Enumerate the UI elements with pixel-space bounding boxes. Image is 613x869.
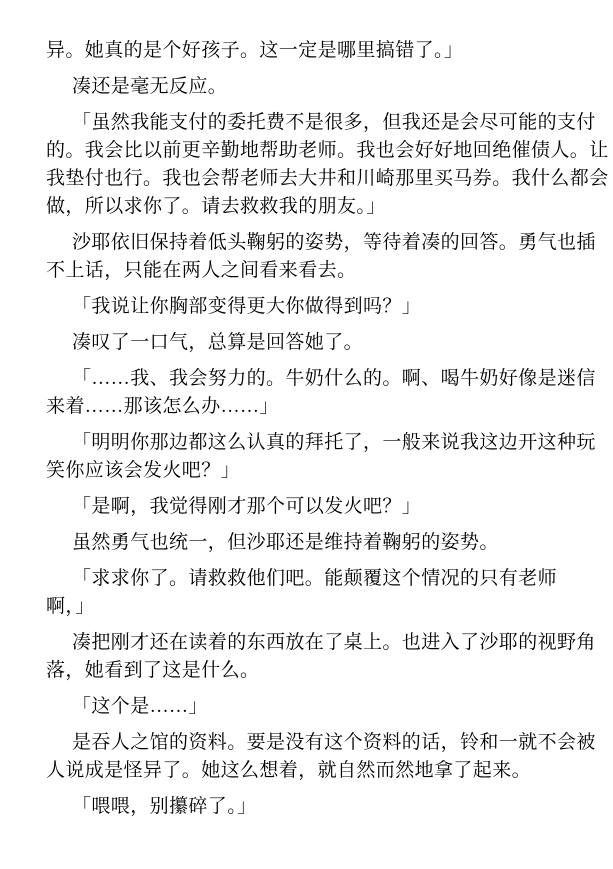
text-line: 虽然勇气也统一，但沙耶还是维持着鞠躬的姿势。	[46, 529, 571, 557]
text-line: 是吞人之馆的资料。要是没有这个资料的话，铃和一就不会被	[46, 729, 571, 757]
text-line: 的。我会比以前更辛勤地帮助老师。我也会好好地回绝催债人。让	[46, 137, 571, 165]
paragraph: 凑把刚才还在读着的东西放在了桌上。也进入了沙耶的视野角落，她看到了这是什么。	[46, 629, 571, 685]
paragraph: 凑叹了一口气，总算是回答她了。	[46, 329, 571, 357]
paragraph: 「是啊，我觉得刚才那个可以发火吧？」	[46, 493, 571, 521]
text-line: 人说成是怪异了。她这么想着，就自然而然地拿了起来。	[46, 757, 571, 785]
text-line: 「是啊，我觉得刚才那个可以发火吧？」	[46, 493, 571, 521]
novel-page: 异。她真的是个好孩子。这一定是哪里搞错了。」凑还是毫无反应。「虽然我能支付的委托…	[0, 0, 613, 869]
text-line: 异。她真的是个好孩子。这一定是哪里搞错了。」	[46, 37, 571, 65]
paragraph: 「我说让你胸部变得更大你做得到吗？」	[46, 293, 571, 321]
text-line: 我垫付也行。我也会帮老师去大井和川崎那里买马券。我什么都会	[46, 165, 571, 193]
text-line: 「喂喂，别攥碎了。」	[46, 793, 571, 821]
text-line: 做，所以求你了。请去救救我的朋友。」	[46, 193, 571, 221]
text-line: 「虽然我能支付的委托费不是很多，但我还是会尽可能的支付	[46, 109, 571, 137]
paragraph: 「喂喂，别攥碎了。」	[46, 793, 571, 821]
text-line: 凑把刚才还在读着的东西放在了桌上。也进入了沙耶的视野角	[46, 629, 571, 657]
text-line: 啊，」	[46, 593, 571, 621]
text-line: 凑还是毫无反应。	[46, 73, 571, 101]
text-body: 异。她真的是个好孩子。这一定是哪里搞错了。」凑还是毫无反应。「虽然我能支付的委托…	[46, 37, 571, 821]
text-line: 凑叹了一口气，总算是回答她了。	[46, 329, 571, 357]
paragraph: 「求求你了。请救救他们吧。能颠覆这个情况的只有老师啊，」	[46, 565, 571, 621]
text-line: 不上话，只能在两人之间看来看去。	[46, 257, 571, 285]
text-line: 「……我、我会努力的。牛奶什么的。啊、喝牛奶好像是迷信	[46, 365, 571, 393]
paragraph: 「虽然我能支付的委托费不是很多，但我还是会尽可能的支付的。我会比以前更辛勤地帮助…	[46, 109, 571, 221]
text-line: 「我说让你胸部变得更大你做得到吗？」	[46, 293, 571, 321]
paragraph: 凑还是毫无反应。	[46, 73, 571, 101]
paragraph: 是吞人之馆的资料。要是没有这个资料的话，铃和一就不会被人说成是怪异了。她这么想着…	[46, 729, 571, 785]
paragraph: 「这个是……」	[46, 693, 571, 721]
paragraph: 「……我、我会努力的。牛奶什么的。啊、喝牛奶好像是迷信来着……那该怎么办……」	[46, 365, 571, 421]
text-line: 「这个是……」	[46, 693, 571, 721]
text-line: 「求求你了。请救救他们吧。能颠覆这个情况的只有老师	[46, 565, 571, 593]
text-line: 沙耶依旧保持着低头鞠躬的姿势，等待着凑的回答。勇气也插	[46, 229, 571, 257]
text-line: 落，她看到了这是什么。	[46, 657, 571, 685]
text-line: 来着……那该怎么办……」	[46, 393, 571, 421]
paragraph: 虽然勇气也统一，但沙耶还是维持着鞠躬的姿势。	[46, 529, 571, 557]
paragraph: 「明明你那边都这么认真的拜托了，一般来说我这边开这种玩笑你应该会发火吧？」	[46, 429, 571, 485]
paragraph: 异。她真的是个好孩子。这一定是哪里搞错了。」	[46, 37, 571, 65]
text-line: 笑你应该会发火吧？」	[46, 457, 571, 485]
paragraph: 沙耶依旧保持着低头鞠躬的姿势，等待着凑的回答。勇气也插不上话，只能在两人之间看来…	[46, 229, 571, 285]
text-line: 「明明你那边都这么认真的拜托了，一般来说我这边开这种玩	[46, 429, 571, 457]
